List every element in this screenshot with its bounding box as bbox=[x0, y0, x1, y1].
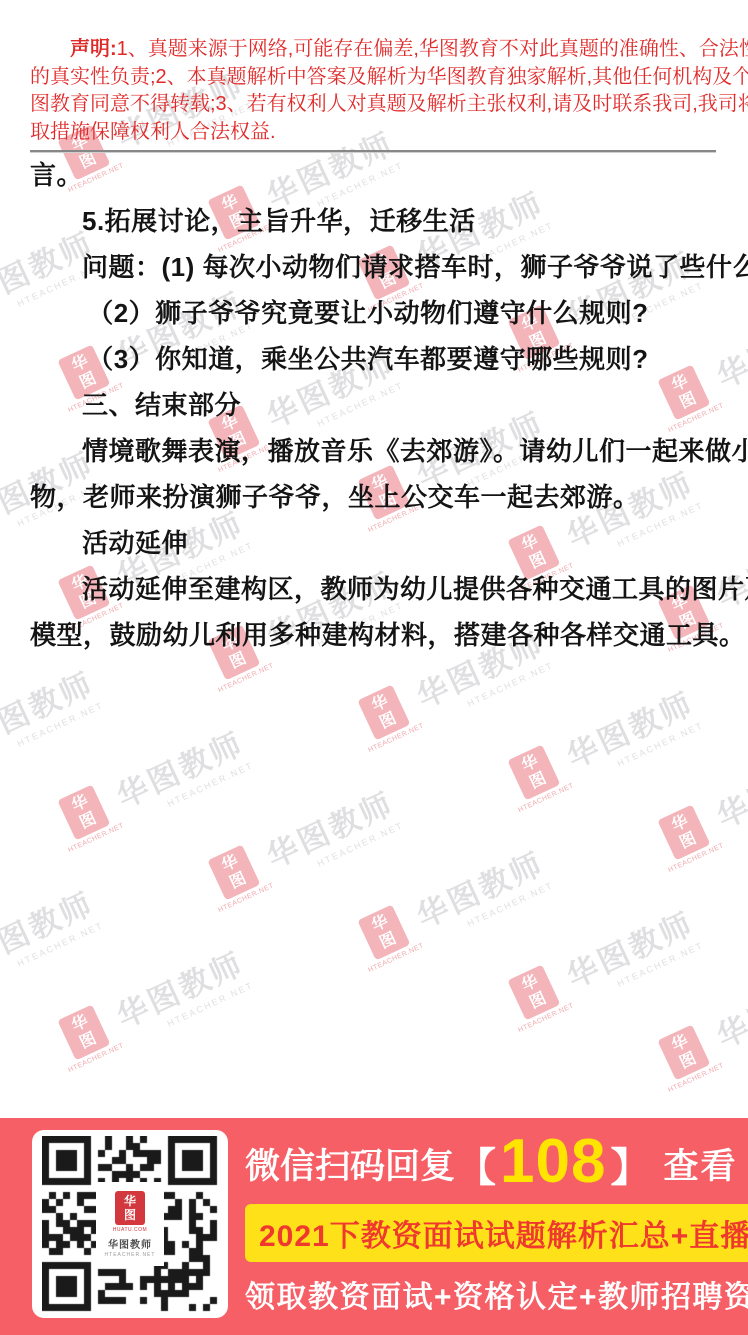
watermark-text: 华图教师 HTEACHER.NET bbox=[558, 898, 705, 1006]
watermark-logo-caption: HTEACHER.NET bbox=[217, 882, 275, 914]
watermark-logo-caption: HTEACHER.NET bbox=[367, 722, 425, 754]
watermark-text: 华图教师 HTEACHER.NET bbox=[558, 678, 705, 786]
banner-highlight-box: 2021下教资面试试题解析汇总+直播讲解 bbox=[245, 1204, 748, 1262]
watermark-logo-caption: HTEACHER.NET bbox=[517, 1002, 575, 1034]
watermark-domain-text: HTEACHER.NET bbox=[166, 760, 255, 809]
watermark-brand-text: 华图教师 bbox=[258, 778, 400, 876]
watermark-text: 华图教师 HTEACHER.NET bbox=[0, 878, 105, 986]
document-page: { "page": { "width": 748, "height": 1335… bbox=[0, 0, 748, 1335]
watermark-domain-text: HTEACHER.NET bbox=[616, 940, 705, 989]
watermark-brand-text: 华图教师 bbox=[108, 718, 250, 816]
watermark-text: 华图教师 HTEACHER.NET bbox=[0, 658, 105, 766]
watermark-domain-text: HTEACHER.NET bbox=[616, 720, 705, 769]
watermark-logo-caption: HTEACHER.NET bbox=[517, 782, 575, 814]
huatu-logo-icon: 华图 bbox=[508, 964, 561, 1020]
lesson-text-line: 活动延伸至建构区，教师为幼儿提供各种交通工具的图片及 bbox=[30, 566, 730, 612]
qr-center-logo: 华图 HUATU.COM 华图教师 HTEACHER.NET bbox=[96, 1182, 164, 1266]
huatu-logo-icon: 华图 bbox=[358, 684, 411, 740]
banner-scan-prefix: 微信扫码回复 bbox=[245, 1139, 455, 1189]
watermark: 华图 HTEACHER.NET 华图教师 HTEACHER.NET bbox=[47, 938, 255, 1075]
section-divider bbox=[30, 150, 716, 153]
watermark-text: 华图教师 HTEACHER.NET bbox=[408, 838, 555, 946]
watermark-brand-text: 华图教师 bbox=[0, 658, 100, 756]
disclaimer-line: 图教育同意不得转载;3、若有权利人对真题及解析主张权利,请及时联系我司,我司将依… bbox=[30, 91, 720, 119]
watermark-text: 华图教师 HTEACHER.NET bbox=[108, 718, 255, 826]
banner-scan-suffix: 查看 bbox=[663, 1139, 737, 1189]
huatu-logo-icon: 华图 bbox=[58, 1004, 111, 1060]
banner-scan-line: 微信扫码回复 【 108 】 查看 bbox=[245, 1126, 740, 1202]
watermark: 华图 HTEACHER.NET 华图教师 HTEACHER.NET bbox=[497, 678, 705, 815]
watermark-brand-text: 华图教师 bbox=[108, 938, 250, 1036]
lesson-text-line: 情境歌舞表演，播放音乐《去郊游》。请幼儿们一起来做小动 bbox=[30, 428, 730, 474]
watermark-domain-text: HTEACHER.NET bbox=[16, 700, 105, 749]
lesson-text-line: 问题：(1) 每次小动物们请求搭车时，狮子爷爷说了些什么? bbox=[30, 244, 730, 290]
watermark-logo: 华图 HTEACHER.NET bbox=[47, 780, 125, 854]
watermark: 华图 HTEACHER.NET 华图教师 HTEACHER.NET bbox=[197, 778, 405, 915]
lesson-text-line: 三、结束部分 bbox=[30, 382, 730, 428]
watermark-logo-caption: HTEACHER.NET bbox=[667, 1062, 725, 1094]
banner-text-block: 微信扫码回复 【 108 】 查看 2021下教资面试试题解析汇总+直播讲解 领… bbox=[245, 1126, 740, 1316]
watermark: 华图 HTEACHER.NET 华图教师 HTEACHER.NET bbox=[347, 838, 555, 975]
watermark: 华图 HTEACHER.NET 华图教师 HTEACHER.NET bbox=[0, 878, 105, 1015]
watermark-logo: 华图 HTEACHER.NET bbox=[347, 900, 425, 974]
watermark-text: 华图教师 HTEACHER.NET bbox=[108, 938, 255, 1046]
promo-banner: 华图 HUATU.COM 华图教师 HTEACHER.NET 微信扫码回复 【 … bbox=[0, 1118, 748, 1335]
huatu-logo-icon: 华图 bbox=[358, 904, 411, 960]
watermark-logo: 华图 HTEACHER.NET bbox=[497, 740, 575, 814]
lesson-plan-text: 言。5.拓展讨论，主旨升华，迁移生活问题：(1) 每次小动物们请求搭车时，狮子爷… bbox=[30, 152, 730, 658]
disclaimer-line: 声明:1、真题来源于网络,可能存在偏差,华图教育不对此真题的准确性、合法性以及内… bbox=[30, 36, 720, 64]
qr-card: 华图 HUATU.COM 华图教师 HTEACHER.NET bbox=[32, 1130, 228, 1318]
watermark-brand-text: 华图教师 bbox=[408, 838, 550, 936]
watermark-logo-caption: HTEACHER.NET bbox=[367, 942, 425, 974]
watermark-logo: 华图 HTEACHER.NET bbox=[347, 680, 425, 754]
lesson-text-line: 模型，鼓励幼儿利用多种建构材料，搭建各种各样交通工具。 bbox=[30, 612, 730, 658]
watermark-domain-text: HTEACHER.NET bbox=[316, 820, 405, 869]
watermark-text: 华图教师 HTEACHER.NET bbox=[708, 958, 748, 1066]
watermark: 华图 HTEACHER.NET 华图教师 HTEACHER.NET bbox=[0, 658, 105, 795]
watermark-domain-text: HTEACHER.NET bbox=[16, 920, 105, 969]
huatu-logo-icon: 华图 bbox=[115, 1191, 145, 1225]
lesson-text-line: 活动延伸 bbox=[30, 520, 730, 566]
disclaimer-line: 取措施保障权利人合法权益. bbox=[30, 119, 720, 147]
lesson-text-line: 5.拓展讨论，主旨升华，迁移生活 bbox=[30, 198, 730, 244]
watermark-logo: 华图 HTEACHER.NET bbox=[647, 1020, 725, 1094]
watermark-logo: 华图 HTEACHER.NET bbox=[497, 960, 575, 1034]
huatu-logo-icon: 华图 bbox=[508, 744, 561, 800]
watermark-text: 华图教师 HTEACHER.NET bbox=[708, 738, 748, 846]
watermark-brand-text: 华图教师 bbox=[558, 678, 700, 776]
watermark-logo: 华图 HTEACHER.NET bbox=[47, 1000, 125, 1074]
watermark-logo-caption: HTEACHER.NET bbox=[67, 1042, 125, 1074]
banner-bottom-line: 领取教资面试+资格认定+教师招聘资料 bbox=[245, 1272, 740, 1316]
huatu-logo-icon: 华图 bbox=[58, 784, 111, 840]
watermark-logo-caption: HTEACHER.NET bbox=[217, 662, 275, 694]
watermark-logo: 华图 HTEACHER.NET bbox=[197, 840, 275, 914]
bracket-open: 【 bbox=[456, 1136, 496, 1193]
watermark-domain-text: HTEACHER.NET bbox=[466, 880, 555, 929]
watermark-brand-text: 华图教师 bbox=[708, 958, 748, 1056]
qr-brand-text: 华图教师 bbox=[108, 1236, 152, 1251]
watermark: 华图 HTEACHER.NET 华图教师 HTEACHER.NET bbox=[647, 738, 748, 875]
watermark-brand-text: 华图教师 bbox=[558, 898, 700, 996]
disclaimer-line: 的真实性负责;2、本真题解析中答案及解析为华图教育独家解析,其他任何机构及个人未… bbox=[30, 64, 720, 92]
watermark-logo-caption: HTEACHER.NET bbox=[667, 842, 725, 874]
watermark-logo: 华图 HTEACHER.NET bbox=[647, 800, 725, 874]
huatu-logo-icon: 华图 bbox=[658, 804, 711, 860]
watermark: 华图 HTEACHER.NET 华图教师 HTEACHER.NET bbox=[647, 958, 748, 1095]
huatu-logo-icon: 华图 bbox=[658, 1024, 711, 1080]
watermark: 华图 HTEACHER.NET 华图教师 HTEACHER.NET bbox=[497, 898, 705, 1035]
disclaimer-label: 声明: bbox=[70, 38, 117, 60]
lesson-text-line: 物，老师来扮演狮子爷爷，坐上公交车一起去郊游。 bbox=[30, 474, 730, 520]
watermark-domain-text: HTEACHER.NET bbox=[166, 980, 255, 1029]
watermark-domain-text: HTEACHER.NET bbox=[466, 660, 555, 709]
watermark: 华图 HTEACHER.NET 华图教师 HTEACHER.NET bbox=[47, 718, 255, 855]
huatu-logo-icon: 华图 bbox=[208, 844, 261, 900]
watermark-logo-caption: HTEACHER.NET bbox=[67, 822, 125, 854]
lesson-text-line: （2）狮子爷爷究竟要让小动物们遵守什么规则? bbox=[30, 290, 730, 336]
lesson-text-line: 言。 bbox=[30, 152, 730, 198]
bracket-close: 】 bbox=[610, 1136, 650, 1193]
watermark-text: 华图教师 HTEACHER.NET bbox=[258, 778, 405, 886]
reply-code: 108 bbox=[500, 1126, 606, 1197]
watermark-brand-text: 华图教师 bbox=[0, 878, 100, 976]
disclaimer-paragraph: 声明:1、真题来源于网络,可能存在偏差,华图教育不对此真题的准确性、合法性以及内… bbox=[30, 36, 720, 146]
watermark-brand-text: 华图教师 bbox=[708, 738, 748, 836]
qr-logo-caption: HUATU.COM bbox=[113, 1227, 147, 1233]
lesson-text-line: （3）你知道，乘坐公共汽车都要遵守哪些规则? bbox=[30, 336, 730, 382]
qr-domain-text: HTEACHER.NET bbox=[105, 1252, 156, 1258]
